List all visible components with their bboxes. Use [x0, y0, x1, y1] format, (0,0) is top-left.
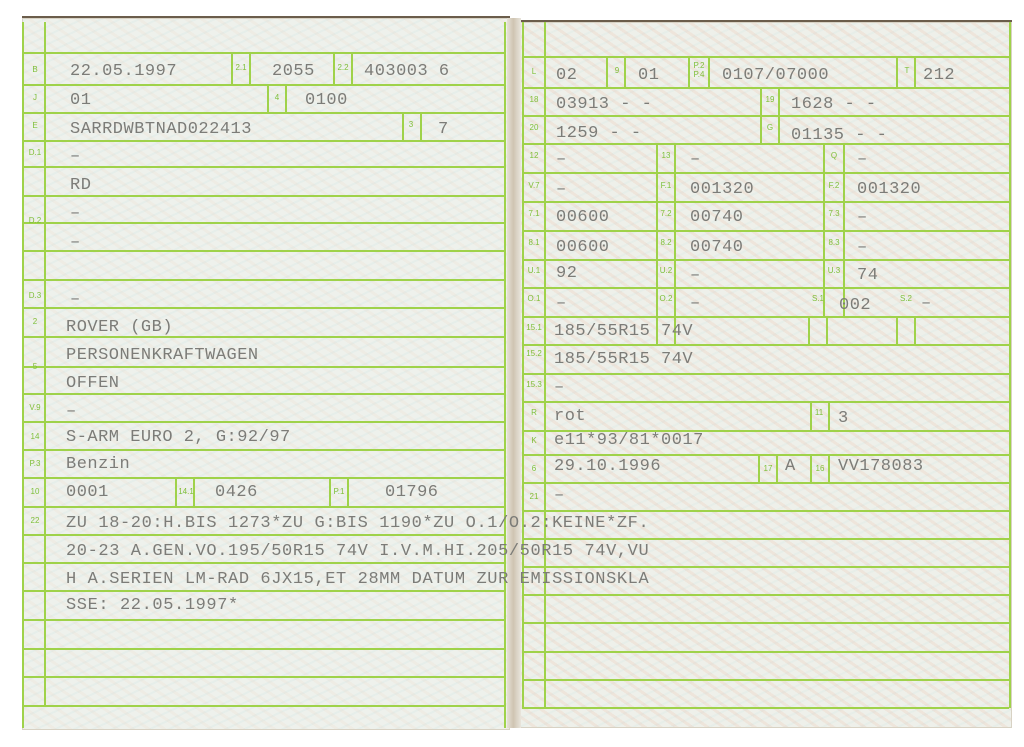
label-16: 16 — [812, 464, 828, 473]
label-S-2: S.2 — [898, 294, 914, 303]
grid-line — [420, 112, 422, 140]
label-3: 3 — [404, 120, 418, 129]
grid-line — [522, 679, 1009, 681]
grid-line — [22, 250, 504, 252]
label-8-2: 8.2 — [658, 238, 674, 247]
field-L-axles: 02 — [556, 66, 577, 86]
field-O-1: – — [556, 294, 567, 314]
grid-line — [22, 22, 24, 728]
remarks-line-3: H A.SERIEN LM-RAD 6JX15,ET 28MM DATUM ZU… — [66, 570, 649, 590]
field-15-2-tyres-axle2: 185/55R15 74V — [554, 350, 693, 370]
field-D-3: – — [70, 290, 81, 310]
field-8-3: – — [857, 238, 868, 258]
grid-line — [267, 84, 269, 112]
field-J: 01 — [70, 91, 91, 111]
label-G: G — [762, 123, 778, 132]
label-18: 18 — [526, 95, 542, 104]
label-F-1: F.1 — [658, 181, 674, 190]
field-2-1-manufacturer-code: 2055 — [272, 62, 315, 82]
label-P-4: P.4 — [692, 70, 706, 79]
grid-line — [688, 56, 690, 87]
label-15-3: 15.3 — [524, 380, 544, 389]
grid-line — [674, 143, 676, 344]
label-J: J — [28, 93, 42, 102]
field-D-1: – — [70, 147, 81, 167]
field-2-make: ROVER (GB) — [66, 318, 173, 338]
grid-line — [1009, 22, 1011, 708]
field-T-top-speed: 212 — [923, 66, 955, 86]
field-4: 0100 — [305, 91, 348, 111]
label-12: 12 — [526, 151, 542, 160]
label-20: 20 — [526, 123, 542, 132]
field-P-3-fuel: Benzin — [66, 455, 130, 475]
label-O-2: O.2 — [658, 294, 674, 303]
field-E-vin: SARRDWBTNAD022413 — [70, 120, 252, 140]
grid-line — [22, 52, 504, 54]
grid-line — [828, 401, 830, 430]
grid-line — [522, 287, 1009, 289]
grid-line — [22, 477, 504, 479]
label-L: L — [527, 67, 541, 76]
label-S-1: S.1 — [810, 294, 826, 303]
label-17: 17 — [760, 464, 776, 473]
field-6-approval-date: 29.10.1996 — [554, 457, 661, 477]
label-7-1: 7.1 — [525, 209, 543, 218]
label-14-1: 14.1 — [177, 487, 195, 496]
field-7-1: 00600 — [556, 208, 610, 228]
grid-line — [347, 477, 349, 506]
grid-line — [22, 619, 504, 621]
grid-line — [22, 279, 504, 281]
label-T: T — [900, 66, 914, 75]
field-9: 01 — [638, 66, 659, 86]
grid-line — [249, 52, 251, 84]
grid-line — [522, 707, 1009, 709]
field-S-1-seats: 002 — [839, 296, 871, 316]
grid-line — [22, 140, 504, 142]
grid-line — [522, 594, 1009, 596]
grid-line — [522, 538, 1009, 540]
grid-line — [808, 316, 810, 344]
grid-line — [624, 56, 626, 87]
field-Q: – — [857, 150, 868, 170]
label-D-2: D.2 — [27, 216, 43, 225]
label-P-2: P.2 — [692, 61, 706, 70]
field-P-2-P-4-power: 0107/07000 — [722, 66, 829, 86]
field-18-length: 03913 - - — [556, 95, 652, 115]
grid-line — [823, 143, 825, 316]
field-D-2-line3: – — [70, 233, 81, 253]
grid-line — [914, 316, 916, 344]
grid-line — [522, 259, 1009, 261]
field-15-3: – — [554, 378, 565, 398]
field-10: 0001 — [66, 483, 109, 503]
grid-line — [606, 56, 608, 87]
grid-line — [522, 201, 1009, 203]
grid-line — [522, 510, 1009, 512]
grid-line — [522, 454, 1009, 456]
field-D-2-line1: RD — [70, 176, 91, 196]
label-4: 4 — [270, 93, 284, 102]
field-13: – — [690, 150, 701, 170]
label-11: 11 — [812, 408, 826, 417]
field-K-type-approval: e11*93/81*0017 — [554, 431, 704, 451]
field-V-9: – — [66, 402, 77, 422]
label-22: 22 — [27, 516, 43, 525]
field-2-2-type-code: 403003 6 — [364, 62, 450, 82]
field-3: 7 — [438, 120, 449, 140]
label-D-3: D.3 — [27, 291, 43, 300]
grid-line — [522, 622, 1009, 624]
grid-line — [22, 676, 504, 678]
label-U-2: U.2 — [658, 266, 674, 275]
field-17: A — [785, 457, 796, 477]
grid-line — [22, 84, 504, 86]
label-13: 13 — [658, 151, 674, 160]
remarks-line-1: ZU 18-20:H.BIS 1273*ZU G:BIS 1190*ZU O.1… — [66, 514, 649, 534]
label-F-2: F.2 — [825, 181, 843, 190]
grid-line — [22, 506, 504, 508]
field-21: – — [554, 486, 565, 506]
field-11: 3 — [838, 409, 849, 429]
label-21: 21 — [526, 492, 542, 501]
grid-line — [351, 52, 353, 84]
grid-line — [22, 112, 504, 114]
grid-line — [522, 22, 524, 708]
field-12: – — [556, 150, 567, 170]
grid-line — [522, 566, 1009, 568]
label-9: 9 — [610, 66, 624, 75]
field-F-2: 001320 — [857, 180, 921, 200]
grid-line — [522, 401, 1009, 403]
grid-line — [504, 22, 506, 728]
label-U-3: U.3 — [825, 266, 843, 275]
label-8-3: 8.3 — [825, 238, 843, 247]
grid-line — [708, 56, 710, 87]
grid-line — [522, 172, 1009, 174]
grid-line — [22, 195, 504, 197]
field-15-1-tyres-axle1: 185/55R15 74V — [554, 322, 693, 342]
label-19: 19 — [762, 95, 778, 104]
grid-line — [22, 648, 504, 650]
label-O-1: O.1 — [525, 294, 543, 303]
label-R: R — [527, 408, 541, 417]
grid-line — [778, 87, 780, 143]
field-14-emission-class: S-ARM EURO 2, G:92/97 — [66, 428, 291, 448]
grid-line — [522, 482, 1009, 484]
field-5-vehicle-class: PERSONENKRAFTWAGEN — [66, 346, 259, 366]
field-D-2-line2: – — [70, 204, 81, 224]
label-5: 5 — [28, 362, 42, 371]
grid-line — [896, 56, 898, 87]
field-14-1: 0426 — [215, 483, 258, 503]
field-V-7: – — [556, 180, 567, 200]
field-U-1: 92 — [556, 264, 577, 284]
grid-line — [522, 115, 1009, 117]
grid-line — [914, 56, 916, 87]
remarks-line-4: SSE: 22.05.1997* — [66, 596, 239, 616]
field-U-2: – — [690, 266, 701, 286]
field-B-first-registration: 22.05.1997 — [70, 62, 177, 82]
grid-line — [44, 22, 46, 706]
label-P-1: P.1 — [331, 487, 347, 496]
field-5-body-type: OFFEN — [66, 374, 120, 394]
field-G-mass: 01135 - - — [791, 126, 887, 146]
grid-line — [522, 56, 1009, 58]
label-B: B — [28, 65, 42, 74]
grid-line — [333, 52, 335, 84]
grid-line — [522, 230, 1009, 232]
field-8-1: 00600 — [556, 238, 610, 258]
grid-line — [826, 316, 828, 344]
label-E: E — [28, 121, 42, 130]
label-8-1: 8.1 — [525, 238, 543, 247]
grid-line — [231, 52, 233, 84]
grid-line — [22, 705, 504, 707]
field-20-height: 1259 - - — [556, 124, 642, 144]
field-R-colour: rot — [554, 407, 586, 427]
grid-line — [22, 166, 504, 168]
field-8-2: 00740 — [690, 238, 744, 258]
grid-line — [22, 590, 504, 592]
label-2-2: 2.2 — [336, 63, 350, 72]
grid-line — [285, 84, 287, 112]
field-O-2: – — [690, 294, 701, 314]
label-15-2: 15.2 — [524, 349, 544, 358]
field-19-width: 1628 - - — [791, 95, 877, 115]
grid-line — [22, 421, 504, 423]
field-S-2: – — [921, 294, 932, 314]
grid-line — [22, 534, 504, 536]
grid-line — [522, 87, 1009, 89]
field-P-1-displacement: 01796 — [385, 483, 439, 503]
label-7-2: 7.2 — [658, 209, 674, 218]
label-K: K — [527, 436, 541, 445]
grid-line — [22, 307, 504, 309]
label-15-1: 15.1 — [524, 323, 544, 332]
field-7-2: 00740 — [690, 208, 744, 228]
grid-line — [522, 316, 1009, 318]
label-6: 6 — [527, 464, 541, 473]
grid-line — [896, 316, 898, 344]
label-2: 2 — [28, 317, 42, 326]
grid-line — [522, 344, 1009, 346]
label-V-9: V.9 — [27, 403, 43, 412]
label-7-3: 7.3 — [825, 209, 843, 218]
grid-line — [776, 454, 778, 482]
grid-line — [22, 222, 504, 224]
document-fold — [507, 18, 521, 728]
grid-line — [843, 143, 845, 316]
grid-line — [522, 651, 1009, 653]
label-Q: Q — [827, 151, 841, 160]
grid-line — [522, 373, 1009, 375]
grid-line — [544, 22, 546, 708]
field-7-3: – — [857, 208, 868, 228]
label-2-1: 2.1 — [234, 63, 248, 72]
grid-line — [22, 562, 504, 564]
field-16-document-number: VV178083 — [838, 457, 924, 477]
grid-line — [828, 454, 830, 482]
remarks-line-2: 20-23 A.GEN.VO.195/50R15 74V I.V.M.HI.20… — [66, 542, 649, 562]
label-D-1: D.1 — [27, 148, 43, 157]
label-V-7: V.7 — [525, 181, 543, 190]
label-P-3: P.3 — [27, 459, 43, 468]
field-F-1: 001320 — [690, 180, 754, 200]
label-14: 14 — [27, 432, 43, 441]
grid-line — [22, 366, 504, 368]
field-U-3: 74 — [857, 266, 878, 286]
grid-line — [22, 449, 504, 451]
label-U-1: U.1 — [525, 266, 543, 275]
label-10: 10 — [27, 487, 43, 496]
